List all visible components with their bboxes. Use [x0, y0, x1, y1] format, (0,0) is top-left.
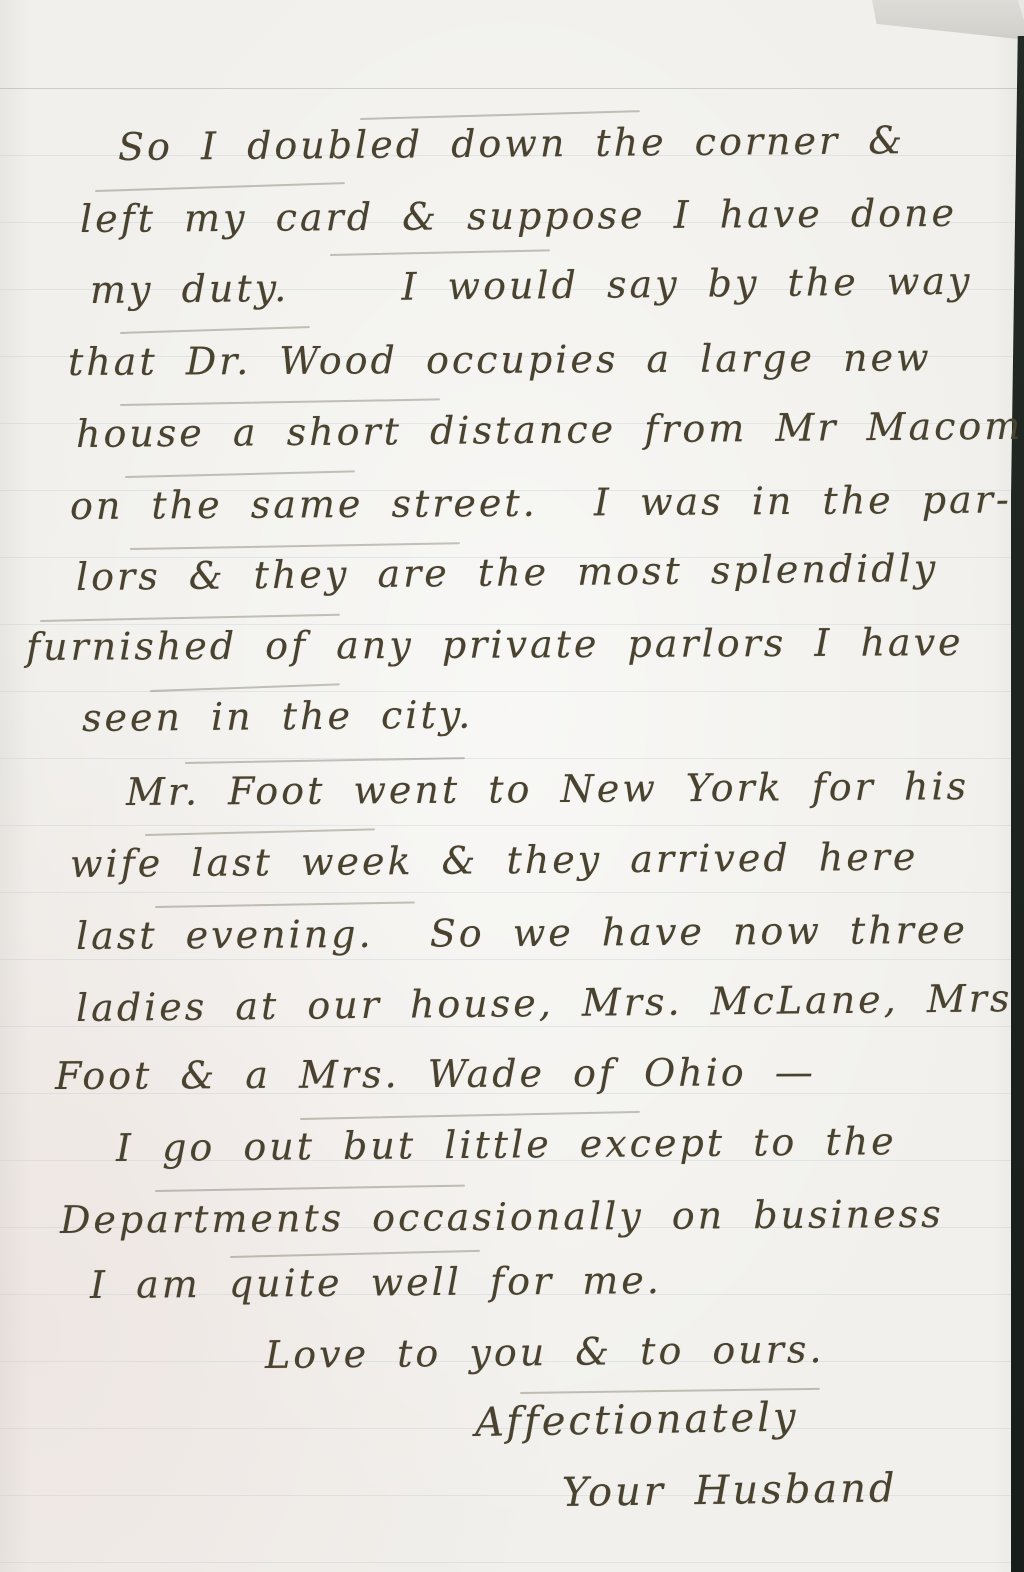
ink-flourish: [360, 110, 640, 120]
ink-flourish: [330, 249, 550, 256]
ink-flourish: [520, 1388, 820, 1394]
ruled-line: [0, 691, 1024, 692]
signature-line: Your Husband: [562, 1465, 898, 1516]
handwritten-line: ladies at our house, Mrs. McLane, Mrs: [76, 976, 1013, 1030]
handwritten-line: I am quite well for me.: [90, 1258, 662, 1307]
ink-flourish: [120, 326, 310, 334]
handwritten-line: my duty. I would say by the way: [90, 259, 973, 312]
closing-line: Affectionately: [475, 1394, 799, 1446]
handwritten-line: I go out but little except to the: [116, 1119, 897, 1170]
ink-flourish: [230, 1250, 480, 1258]
ink-flourish: [120, 398, 440, 406]
ink-flourish: [130, 542, 460, 550]
ink-flourish: [155, 1185, 465, 1192]
handwritten-line: Mr. Foot went to New York for his: [126, 764, 969, 814]
handwritten-line: Departments occasionally on business: [60, 1192, 944, 1242]
handwritten-line: wife last week & they arrived here: [70, 835, 919, 886]
letter-page: So I doubled down the corner &left my ca…: [0, 0, 1024, 1572]
farewell-line: Love to you & to ours.: [265, 1327, 825, 1377]
ink-flourish: [155, 901, 415, 908]
handwritten-line: left my card & suppose I have done: [80, 191, 957, 241]
handwritten-line: So I doubled down the corner &: [118, 118, 905, 169]
ruled-line: [0, 1562, 1024, 1563]
handwritten-line: on the same street. I was in the par-: [70, 477, 1012, 528]
ink-flourish: [145, 828, 375, 836]
handwritten-line: that Dr. Wood occupies a large new: [68, 335, 932, 384]
handwritten-line: Foot & a Mrs. Wade of Ohio —: [55, 1050, 816, 1098]
ink-flourish: [125, 470, 355, 478]
handwritten-line: furnished of any private parlors I have: [26, 620, 964, 669]
paper-crease: [0, 88, 1024, 89]
scan-backing-edge: [1011, 36, 1024, 1572]
underlying-page-corner: [872, 0, 1024, 46]
handwritten-line: house a short distance from Mr Macomb: [76, 403, 1024, 456]
ruled-line: [0, 959, 1024, 960]
ink-flourish: [150, 683, 340, 692]
ruled-line: [0, 758, 1024, 759]
ruled-line: [0, 825, 1024, 826]
handwritten-line: last evening. So we have now three: [76, 908, 968, 958]
ruled-line: [0, 892, 1024, 893]
handwritten-line: seen in the city.: [82, 693, 474, 740]
ink-flourish: [40, 614, 340, 622]
handwritten-line: lors & they are the most splendidly: [76, 546, 939, 599]
ink-flourish: [95, 182, 345, 192]
ink-flourish: [300, 1111, 640, 1120]
ink-flourish: [185, 757, 465, 764]
